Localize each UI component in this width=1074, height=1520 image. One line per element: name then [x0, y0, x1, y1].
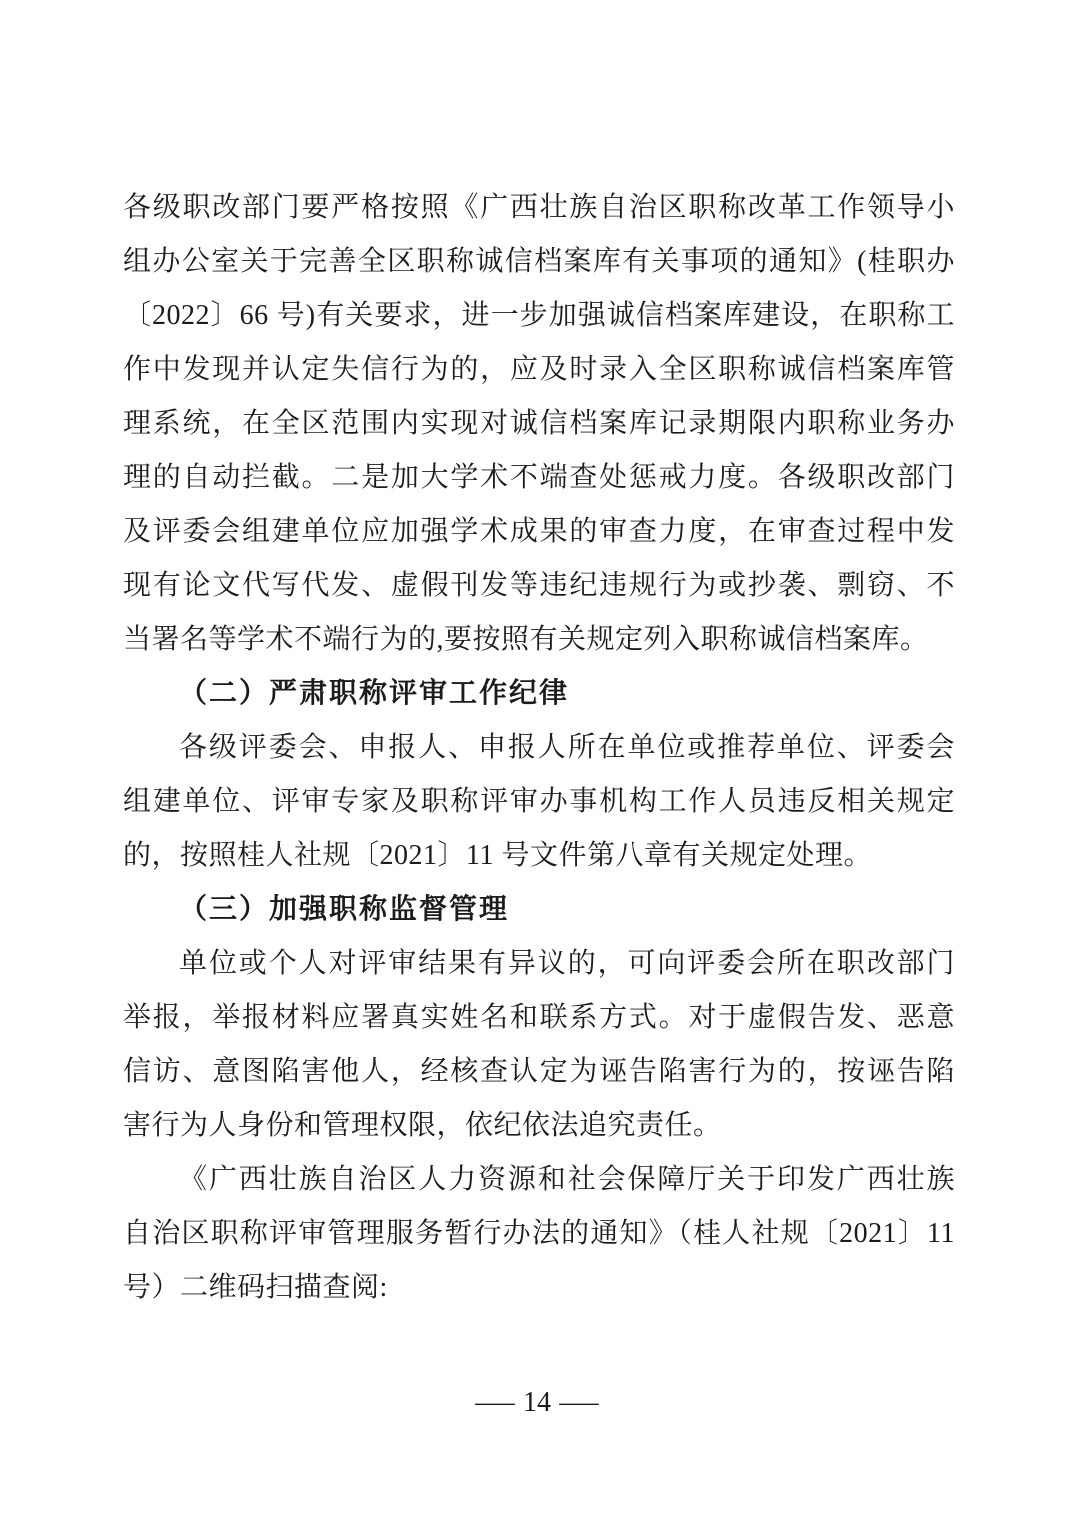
body-line-12: 组建单位、评审专家及职称评审办事机构工作人员违反相关规定 [123, 775, 955, 829]
body-line-16: 举报，举报材料应署真实姓名和联系方式。对于虚假告发、恶意 [123, 991, 955, 1045]
body-line-13: 的，按照桂人社规〔2021〕11 号文件第八章有关规定处理。 [123, 829, 955, 883]
body-line-7: 及评委会组建单位应加强学术成果的审查力度，在审查过程中发 [123, 505, 955, 559]
document-body: 各级职改部门要严格按照《广西壮族自治区职称改革工作领导小 组办公室关于完善全区职… [123, 181, 955, 1315]
body-line-18: 害行为人身份和管理权限，依纪依法追究责任。 [123, 1099, 955, 1153]
body-line-17: 信访、意图陷害他人，经核查认定为诬告陷害行为的，按诬告陷 [123, 1045, 955, 1099]
footer-left-dash: — [475, 1383, 514, 1423]
body-line-8: 现有论文代写代发、虚假刊发等违纪违规行为或抄袭、剽窃、不 [123, 559, 955, 613]
body-line-1: 各级职改部门要严格按照《广西壮族自治区职称改革工作领导小 [123, 181, 955, 235]
section-heading-2: （二）严肃职称评审工作纪律 [123, 667, 955, 721]
page-footer: —14— [0, 1383, 1074, 1423]
footer-right-dash: — [559, 1383, 598, 1423]
document-page: 各级职改部门要严格按照《广西壮族自治区职称改革工作领导小 组办公室关于完善全区职… [0, 0, 1074, 1520]
body-line-4: 作中发现并认定失信行为的，应及时录入全区职称诚信档案库管 [123, 343, 955, 397]
page-number: 14 [523, 1383, 551, 1423]
body-line-19: 《广西壮族自治区人力资源和社会保障厅关于印发广西壮族 [123, 1153, 955, 1207]
body-line-5: 理系统，在全区范围内实现对诚信档案库记录期限内职称业务办 [123, 397, 955, 451]
body-line-9: 当署名等学术不端行为的,要按照有关规定列入职称诚信档案库。 [123, 613, 955, 667]
body-line-3: 〔2022〕66 号)有关要求，进一步加强诚信档案库建设，在职称工 [123, 289, 955, 343]
body-line-6: 理的自动拦截。二是加大学术不端查处惩戒力度。各级职改部门 [123, 451, 955, 505]
body-line-21: 号）二维码扫描查阅: [123, 1261, 955, 1315]
body-line-15: 单位或个人对评审结果有异议的，可向评委会所在职改部门 [123, 937, 955, 991]
body-line-11: 各级评委会、申报人、申报人所在单位或推荐单位、评委会 [123, 721, 955, 775]
body-line-20: 自治区职称评审管理服务暂行办法的通知》（桂人社规〔2021〕11 [123, 1207, 955, 1261]
body-line-2: 组办公室关于完善全区职称诚信档案库有关事项的通知》(桂职办 [123, 235, 955, 289]
section-heading-3: （三）加强职称监督管理 [123, 883, 955, 937]
